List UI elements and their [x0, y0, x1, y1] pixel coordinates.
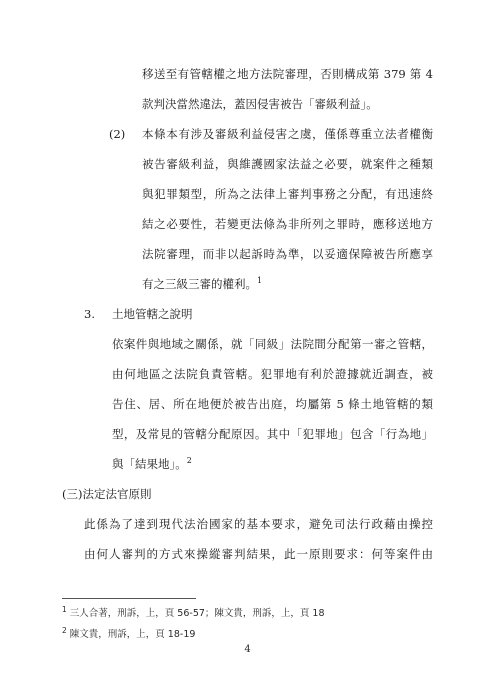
footnote-text: 陳文貴，刑訴，上，頁 18-19: [70, 629, 196, 640]
footnote-marker: 2: [62, 626, 67, 635]
text-line: 由何地區之法院負責管轄。犯罪地有利於證據就近調查，被: [112, 359, 433, 389]
text-line: 與犯罪類型，所為之法律上審判事務之分配，有迅速終: [142, 179, 433, 209]
list-marker: 3.: [84, 299, 95, 329]
text-line: 由何人審判的方式來操縱審判結果，此一原則要求：何等案件由: [84, 539, 433, 569]
section-paragraph: 此係為了達到現代法治國家的基本要求，避免司法行政藉由操控 由何人審判的方式來操縱…: [84, 509, 433, 569]
text-fragment: 與「結果地」。: [112, 457, 187, 471]
text-fragment: 有之三級三審的權利。: [142, 277, 257, 291]
page-number: 4: [0, 644, 495, 655]
text-line: 依案件與地域之關係，就「同級」法院間分配第一審之管轄，: [112, 329, 433, 359]
text-line: 此係為了達到現代法治國家的基本要求，避免司法行政藉由操控: [84, 509, 433, 539]
footnote-2: 2陳文貴，刑訴，上，頁 18-19: [62, 624, 445, 645]
footnote-text: 三人合著，刑訴，上，頁 56-57；陳文貴，刑訴，上，頁 18: [70, 608, 325, 619]
text-line: 移送至有管轄權之地方法院審理，否則構成第 379 第 4: [142, 59, 433, 89]
text-line: 款判決當然違法，蓋因侵害被告「審級利益」。: [142, 89, 433, 119]
body-text: 移送至有管轄權之地方法院審理，否則構成第 379 第 4 款判決當然違法，蓋因侵…: [62, 59, 433, 569]
footnote-marker: 1: [62, 605, 67, 614]
text-line: 告住、居、所在地便於被告出庭，均屬第 5 條土地管轄的類: [112, 389, 433, 419]
text-line: 法院審理，而非以起訴時為準，以妥適保障被告所應享: [142, 239, 433, 269]
continuation-paragraph: 移送至有管轄權之地方法院審理，否則構成第 379 第 4 款判決當然違法，蓋因侵…: [142, 59, 433, 119]
text-line: 被告審級利益，與維護國家法益之必要，就案件之種類: [142, 149, 433, 179]
list-item-2: (2) 本條本有涉及審級利益侵害之虞，僅係尊重立法者權衡 被告審級利益，與維護國…: [142, 119, 433, 299]
section-heading-legal-judge-principle: (三)法定法官原則: [62, 479, 433, 509]
text-line: 結之必要性，若變更法條為非所列之罪時，應移送地方: [142, 209, 433, 239]
document-page: 移送至有管轄權之地方法院審理，否則構成第 379 第 4 款判決當然違法，蓋因侵…: [0, 0, 495, 700]
text-line: 有之三級三審的權利。1: [142, 269, 433, 299]
section-heading: 土地管轄之說明: [112, 299, 433, 329]
footnote-1: 1三人合著，刑訴，上，頁 56-57；陳文貴，刑訴，上，頁 18: [62, 603, 445, 624]
list-marker: (2): [109, 119, 125, 149]
footnote-reference-1: 1: [257, 276, 262, 285]
text-line: 本條本有涉及審級利益侵害之虞，僅係尊重立法者權衡: [142, 119, 433, 149]
footnotes-section: 1三人合著，刑訴，上，頁 56-57；陳文貴，刑訴，上，頁 18 2陳文貴，刑訴…: [62, 598, 445, 645]
footnote-separator: [62, 598, 196, 599]
text-line: 與「結果地」。2: [112, 449, 433, 479]
text-line: 型，及常見的管轄分配原因。其中「犯罪地」包含「行為地」: [112, 419, 433, 449]
footnote-reference-2: 2: [187, 456, 192, 465]
list-item-3: 3. 土地管轄之說明 依案件與地域之關係，就「同級」法院間分配第一審之管轄， 由…: [112, 299, 433, 479]
